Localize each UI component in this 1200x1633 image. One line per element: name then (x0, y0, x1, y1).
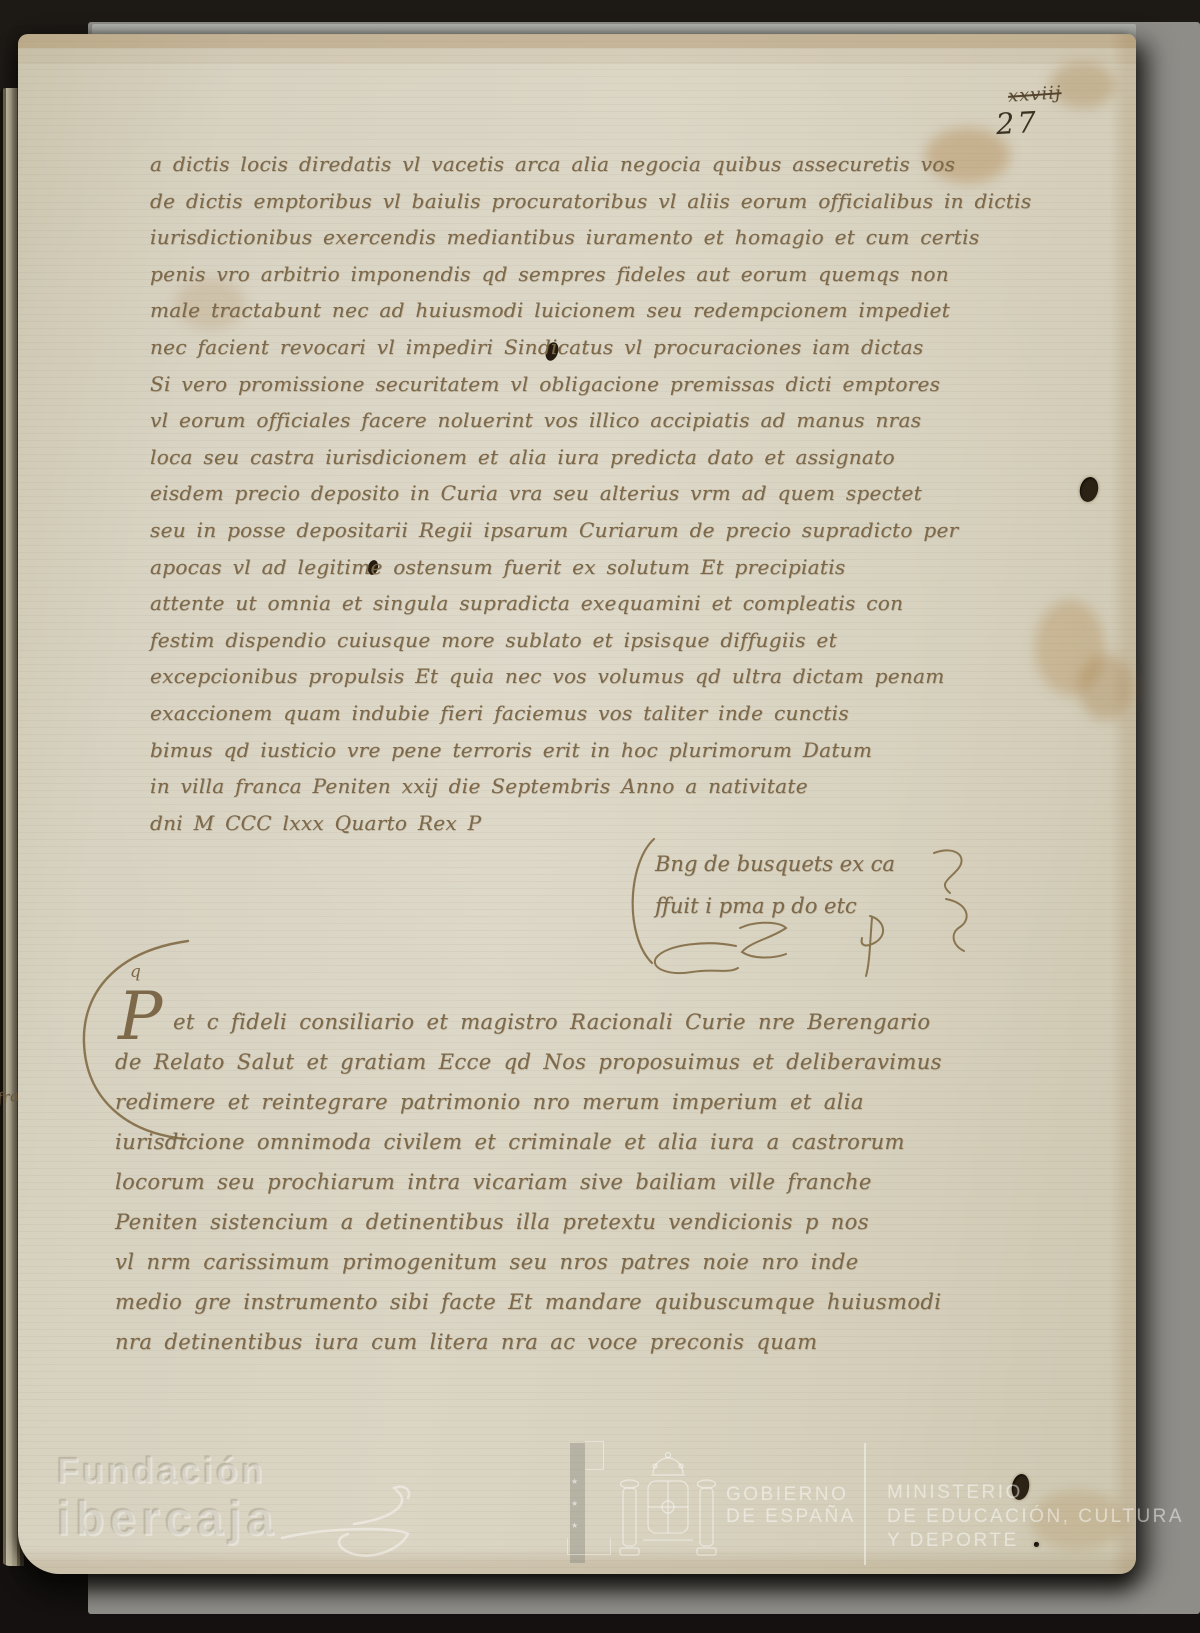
manuscript-line: et c fideli consiliario et magistro Raci… (115, 1010, 942, 1050)
watermark-gobierno-line1: GOBIERNO (726, 1484, 848, 1506)
archival-photo-stage: xxviij 27 a dictis locis diredatis vl va… (0, 0, 1200, 1633)
wormhole (1034, 1542, 1039, 1547)
manuscript-line: festim dispendio cuiusque more sublato e… (150, 628, 1031, 665)
signature-right-flourish (928, 843, 972, 897)
manuscript-line: penis vro arbitrio imponendis qd sempres… (150, 262, 1031, 299)
paraph-mark (848, 910, 894, 982)
manuscript-line: male tractabunt nec ad huiusmodi luicion… (150, 298, 1031, 335)
manuscript-line: eisdem precio deposito in Curia vra seu … (150, 481, 1031, 518)
manuscript-line: bimus qd iusticio vre pene terroris erit… (150, 738, 1031, 775)
manuscript-line: vl nrm carissimum primogenitum seu nros … (115, 1250, 942, 1290)
signature-right-flourish (938, 893, 976, 955)
manuscript-line: medio gre instrumento sibi facte Et mand… (115, 1290, 942, 1330)
manuscript-line: Peniten sistencium a detinentibus illa p… (115, 1210, 942, 1250)
signature-line: Bng de busquets ex ca (655, 852, 895, 894)
manuscript-line: iurisdicione omnimoda civilem et crimina… (115, 1130, 942, 1170)
watermark-ministerio-line1: MINISTERIO (887, 1482, 1023, 1504)
manuscript-line: iurisdictionibus exercendis mediantibus … (150, 225, 1031, 262)
watermark-fundacion-text: Fundación (57, 1450, 266, 1492)
manuscript-line: Si vero promissione securitatem vl oblig… (150, 372, 1031, 409)
manuscript-line: a dictis locis diredatis vl vacetis arca… (150, 152, 1031, 189)
watermark-ministerio-line3: Y DEPORTE (887, 1530, 1019, 1552)
manuscript-line: vl eorum officiales facere noluerint vos… (150, 408, 1031, 445)
manuscript-text-block-2: et c fideli consiliario et magistro Raci… (115, 1010, 942, 1370)
eu-star-icon: ★ (571, 1477, 578, 1486)
watermark-gobierno-line2: DE ESPAÑA (726, 1506, 856, 1528)
watermark-frame-corner (567, 1538, 611, 1555)
manuscript-line: in villa franca Peniten xxij die Septemb… (150, 774, 1031, 811)
manuscript-line: nra detinentibus iura cum litera nra ac … (115, 1330, 942, 1370)
watermark-ibercaja-text: ibercaja (57, 1492, 278, 1547)
manuscript-line: apocas vl ad legitime ostensum fuerit ex… (150, 555, 1031, 592)
spain-coat-of-arms (615, 1448, 721, 1568)
signature-curl-flourish (648, 938, 744, 986)
watermark-frame-corner (585, 1441, 604, 1470)
margin-note: fra (0, 1087, 20, 1108)
manuscript-line: seu in posse depositarii Regii ipsarum C… (150, 518, 1031, 555)
manuscript-line: locorum seu prochiarum intra vicariam si… (115, 1170, 942, 1210)
watermark-ministerio-line2: DE EDUCACIÓN, CULTURA (887, 1506, 1184, 1528)
flourish-mark (732, 916, 794, 966)
crossed-foliation: xxviij (1007, 82, 1062, 107)
folio-number: 27 (995, 105, 1040, 141)
eu-star-icon: ★ (571, 1521, 578, 1530)
manuscript-line: de dictis emptoribus vl baiulis procurat… (150, 189, 1031, 226)
manuscript-line: dni M CCC lxxx Quarto Rex P (150, 811, 1031, 848)
ibercaja-swirl-logo (278, 1484, 418, 1564)
manuscript-line: excepcionibus propulsis Et quia nec vos … (150, 664, 1031, 701)
manuscript-text-block-1: a dictis locis diredatis vl vacetis arca… (150, 152, 1031, 847)
manuscript-line: loca seu castra iurisdicionem et alia iu… (150, 445, 1031, 482)
manuscript-line: de Relato Salut et gratiam Ecce qd Nos p… (115, 1050, 942, 1090)
manuscript-line: redimere et reintegrare patrimonio nro m… (115, 1090, 942, 1130)
paper-stain (1078, 655, 1133, 720)
eu-star-icon: ★ (571, 1499, 578, 1508)
manuscript-line: exaccionem quam indubie fieri faciemus v… (150, 701, 1031, 738)
manuscript-line: nec facient revocari vl impediri Sindica… (150, 335, 1031, 372)
watermark-divider-line (864, 1443, 866, 1565)
manuscript-line: attente ut omnia et singula supradicta e… (150, 591, 1031, 628)
